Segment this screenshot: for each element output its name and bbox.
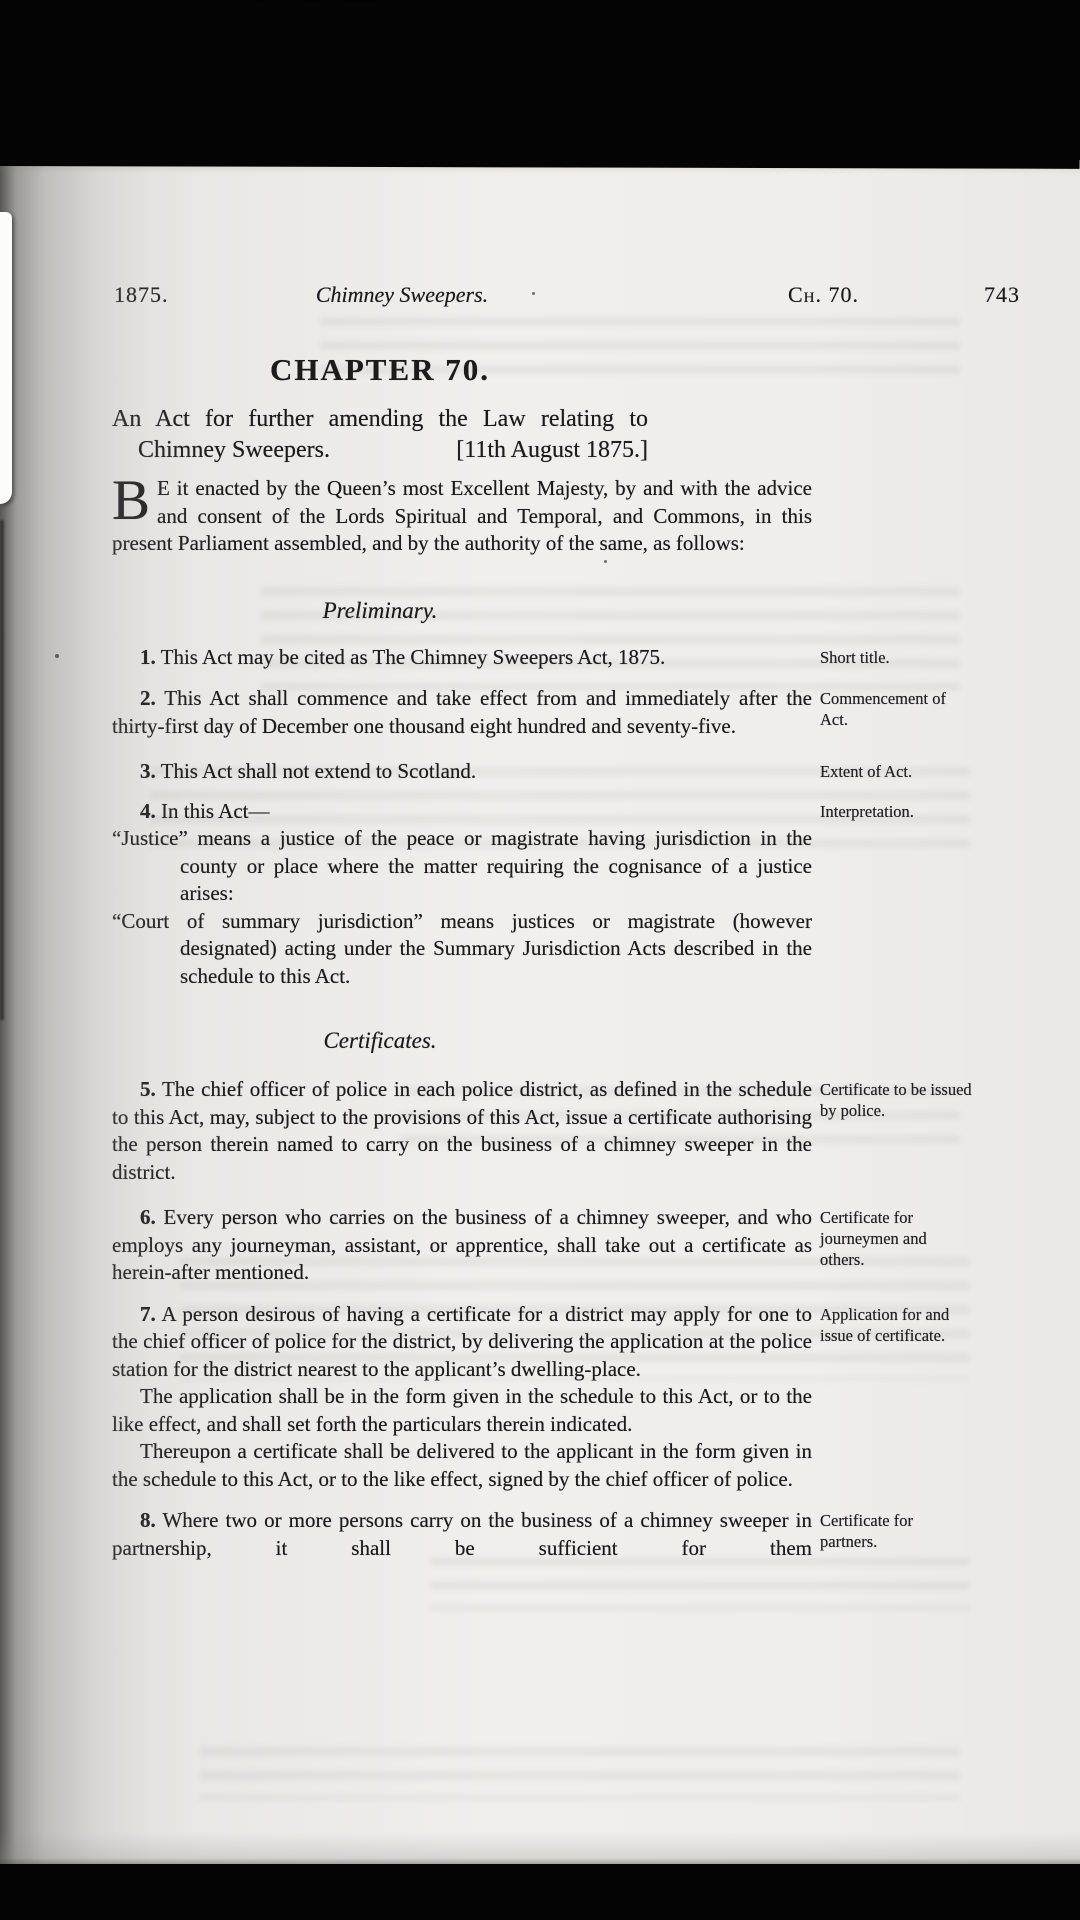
section-text: In this Act—: [161, 799, 270, 823]
margin-note-certificate-journeymen: Certificate for journeymen and others.: [820, 1207, 972, 1270]
scan-speck: [604, 560, 607, 563]
running-chapter-ref: Ch. 70.: [788, 282, 859, 308]
crosshead-certificates: Certificates.: [112, 1028, 648, 1054]
section-8: 8. Where two or more persons carry on th…: [112, 1507, 812, 1562]
definition-justice: “Justice” means a justice of the peace o…: [112, 825, 812, 908]
section-7: 7. A person desirous of having a certifi…: [112, 1301, 812, 1494]
scan-top-black-bar: [0, 0, 1080, 169]
section-3: 3. This Act shall not extend to Scotland…: [112, 758, 812, 786]
chapter-heading: CHAPTER 70.: [112, 352, 648, 388]
section-number: 4.: [140, 799, 156, 823]
royal-assent-date: [11th August 1875.]: [456, 435, 648, 466]
section-text: Where two or more persons carry on the b…: [112, 1508, 812, 1560]
section-number: 8.: [140, 1508, 156, 1532]
page-number: 743: [984, 282, 1020, 308]
section-7-paragraph-3: Thereupon a certificate shall be deliver…: [112, 1438, 812, 1493]
running-header: 1875. Chimney Sweepers. Ch. 70. 743: [112, 282, 1042, 312]
section-number: 5.: [140, 1077, 156, 1101]
scanned-page-frame: 1875. Chimney Sweepers. Ch. 70. 743 CHAP…: [0, 0, 1080, 1920]
section-1: 1. This Act may be cited as The Chimney …: [112, 644, 812, 672]
section-number: 2.: [140, 686, 156, 710]
act-long-title: An Act for further amending the Law rela…: [112, 404, 648, 466]
running-title: Chimney Sweepers.: [232, 282, 572, 308]
margin-note-certificate-police: Certificate to be issued by police.: [820, 1079, 972, 1121]
section-number: 6.: [140, 1205, 156, 1229]
scan-speck: [55, 654, 59, 658]
long-title-line2: Chimney Sweepers. [11th August 1875.]: [112, 435, 648, 466]
scan-speck: [532, 292, 535, 295]
margin-note-certificate-partners: Certificate for partners.: [820, 1510, 972, 1552]
margin-note-extent: Extent of Act.: [820, 761, 972, 782]
definitions-list: “Justice” means a justice of the peace o…: [112, 825, 812, 990]
section-text: This Act shall not extend to Scotland.: [161, 759, 477, 783]
page-content: 1875. Chimney Sweepers. Ch. 70. 743 CHAP…: [112, 160, 1042, 1562]
section-text: This Act may be cited as The Chimney Swe…: [161, 645, 666, 669]
crosshead-preliminary: Preliminary.: [112, 598, 648, 624]
margin-note-application: Application for and issue of certificate…: [820, 1304, 972, 1346]
definition-court: “Court of summary jurisdiction” means ju…: [112, 908, 812, 991]
running-year: 1875.: [114, 282, 169, 308]
margin-note-short-title: Short title.: [820, 647, 972, 668]
section-4: 4. In this Act— “Justice” means a justic…: [112, 798, 812, 991]
long-title-line1: An Act for further amending the Law rela…: [112, 404, 648, 435]
enacting-clause: BE it enacted by the Queen’s most Excell…: [112, 475, 812, 558]
section-number: 3.: [140, 759, 156, 783]
section-5: 5. The chief officer of police in each p…: [112, 1076, 812, 1186]
bleedthrough-smudge: [200, 1740, 960, 1800]
section-number: 7.: [140, 1302, 156, 1326]
section-text: Every person who carries on the business…: [112, 1205, 812, 1284]
section-text: The chief officer of police in each poli…: [112, 1077, 812, 1184]
section-number: 1.: [140, 645, 156, 669]
section-6: 6. Every person who carries on the busin…: [112, 1204, 812, 1287]
section-text: A person desirous of having a certificat…: [112, 1302, 812, 1381]
page-edge-shadow: [0, 520, 4, 1020]
dropcap-B: B: [112, 475, 157, 524]
long-title-subject: Chimney Sweepers.: [138, 437, 330, 463]
section-text: This Act shall commence and take effect …: [112, 686, 812, 738]
book-page: 1875. Chimney Sweepers. Ch. 70. 743 CHAP…: [0, 160, 1080, 1866]
enacting-text: E it enacted by the Queen’s most Excelle…: [112, 476, 812, 555]
section-2: 2. This Act shall commence and take effe…: [112, 685, 812, 740]
margin-note-commencement: Commence­ment of Act.: [820, 688, 972, 730]
section-7-paragraph-2: The application shall be in the form giv…: [112, 1383, 812, 1438]
margin-note-interpretation: Interpretation.: [820, 801, 972, 822]
page-edge-tab: [0, 212, 12, 504]
scan-bottom-black-bar: [0, 1864, 1080, 1920]
